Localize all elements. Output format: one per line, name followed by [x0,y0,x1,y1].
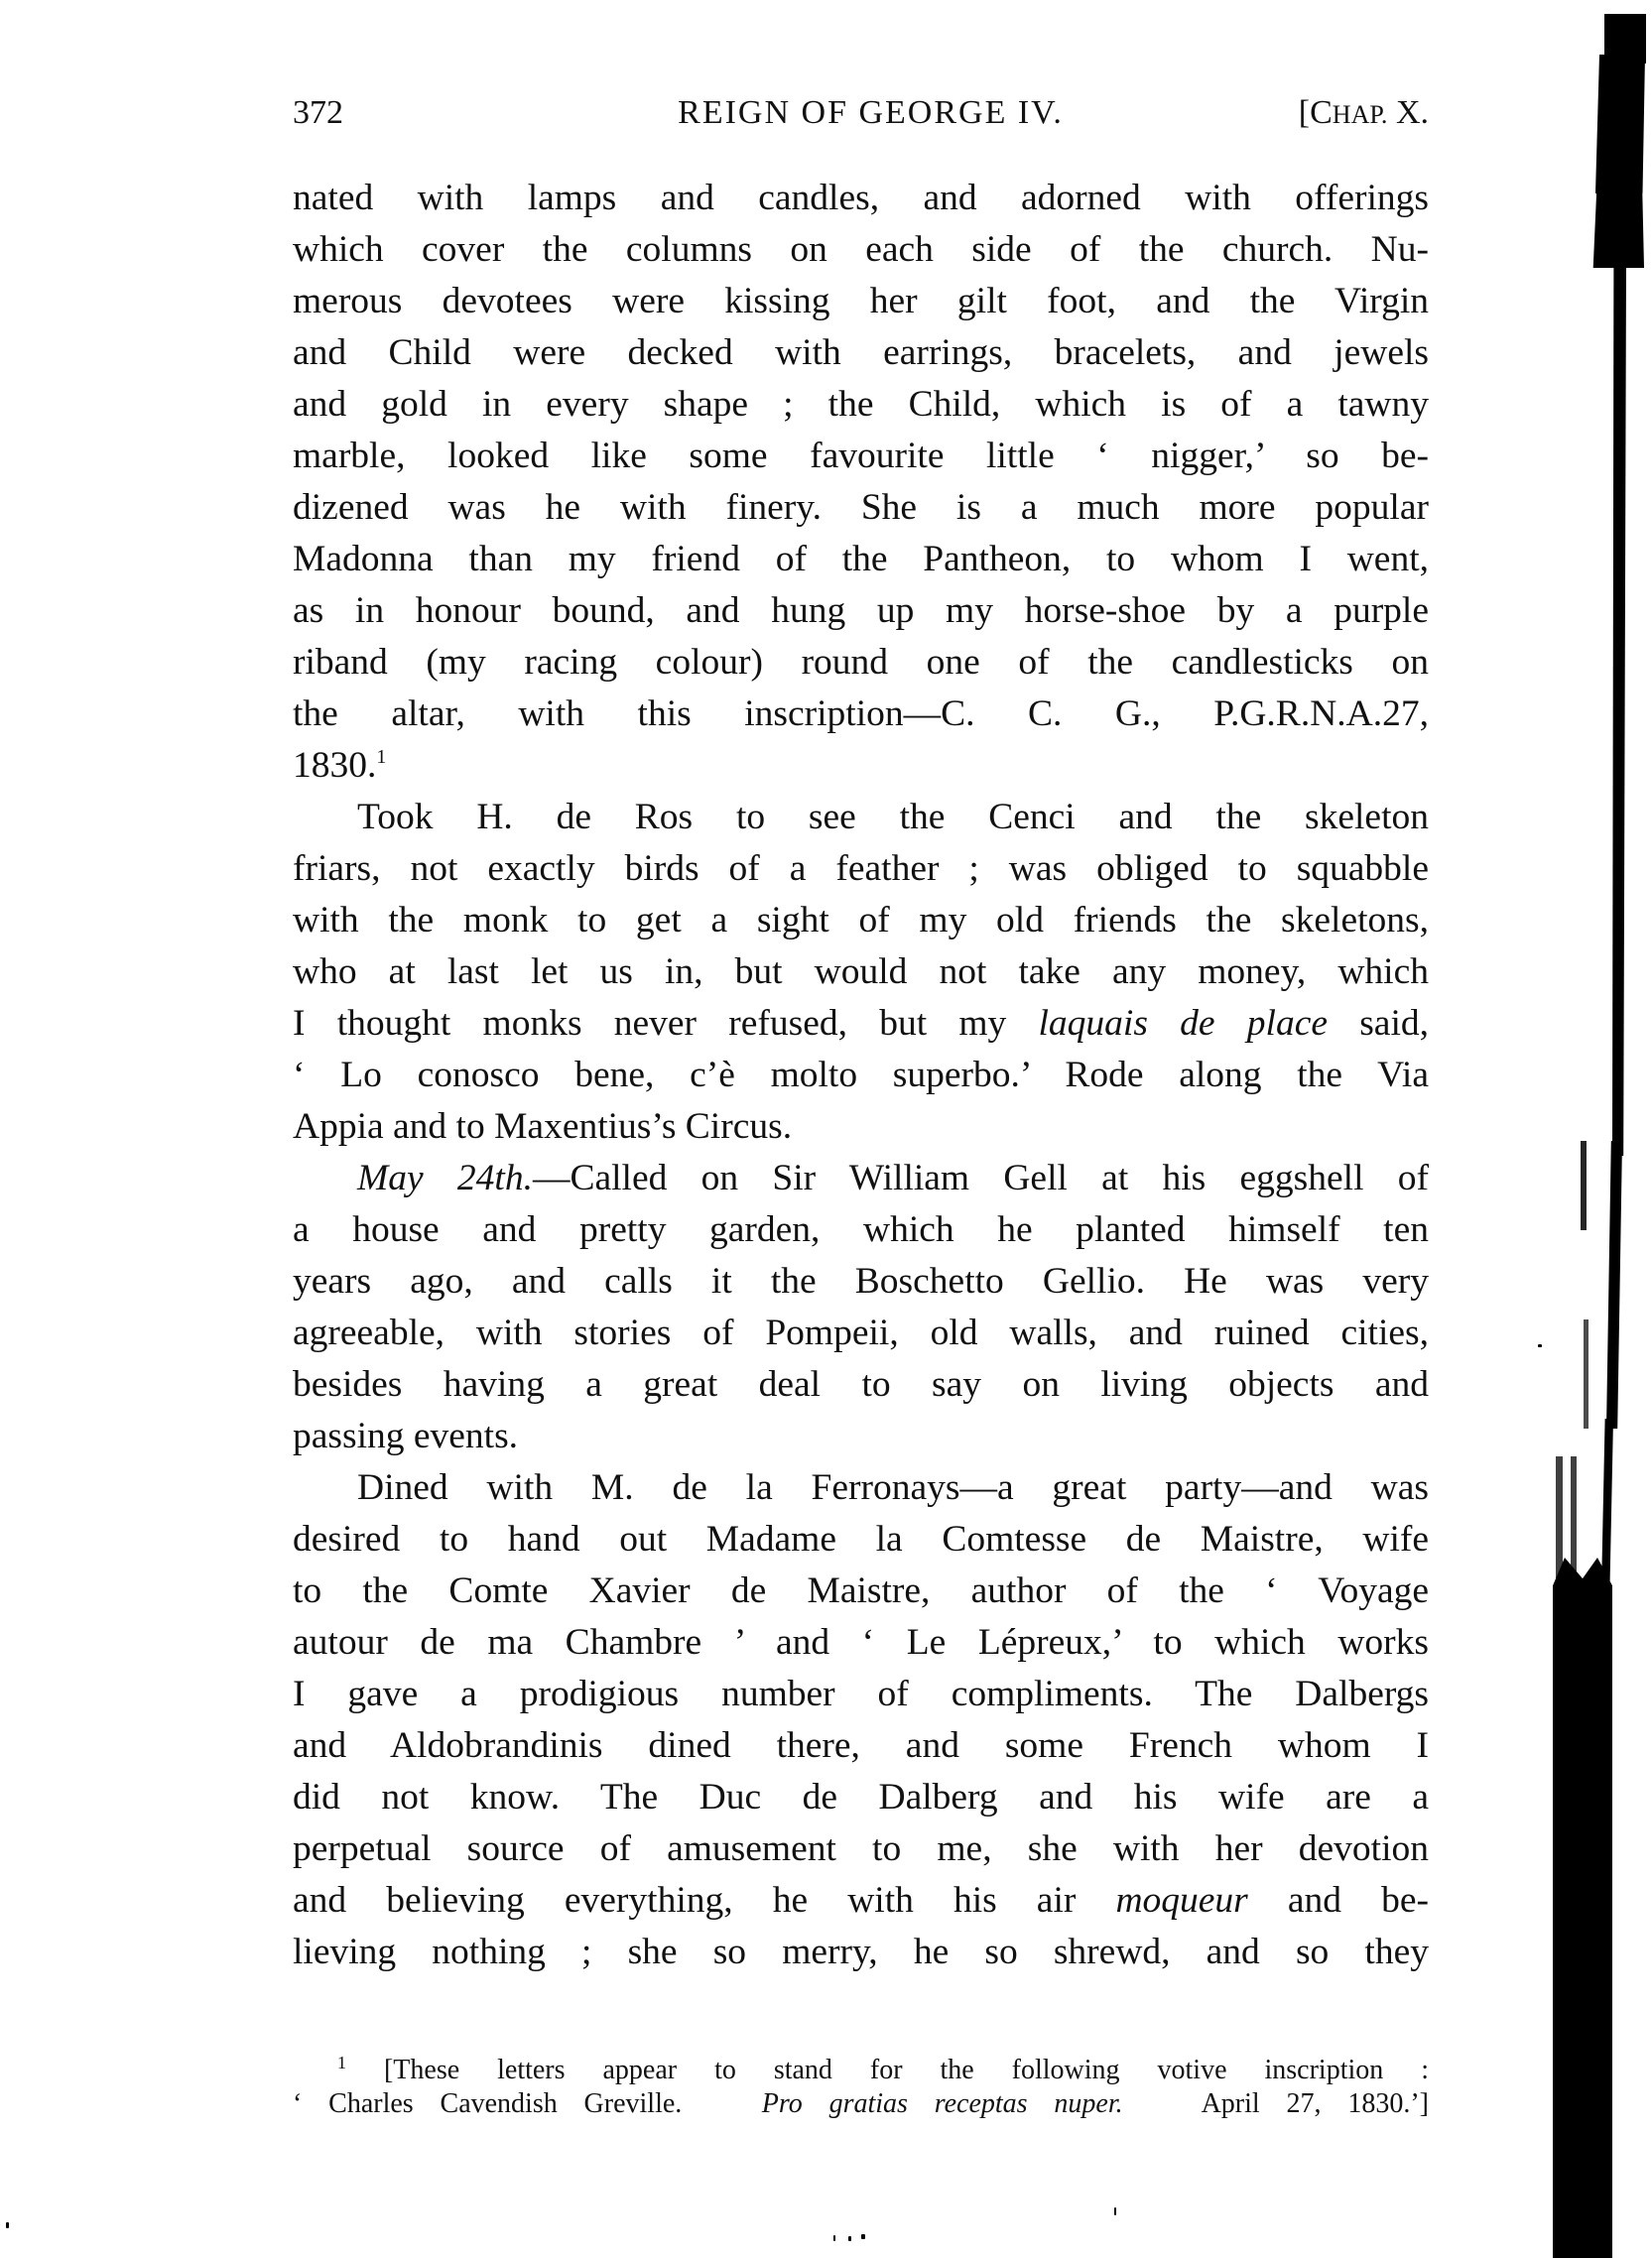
text-line: besides having a great deal to say on li… [293,1359,1429,1411]
text-segment: I thought monks never refused, but my [293,1003,1006,1044]
text-line: Dined with M. de la Ferronays—a great pa… [293,1462,1429,1514]
text-line: friars, not exactly birds of a feather ;… [293,843,1429,895]
text-line: riband (my racing colour) round one of t… [293,637,1429,689]
text-line: May 24th.—Called on Sir William Gell at … [293,1153,1429,1204]
chapter-initial: C [1310,94,1333,131]
text-line: the altar, with this inscription—C. C. G… [293,689,1429,740]
text-line: desired to hand out Madame la Comtesse d… [293,1514,1429,1566]
text-line: Appia and to Maxentius’s Circus. [293,1101,1429,1153]
text-line: with the monk to get a sight of my old f… [293,895,1429,946]
text-segment: [These letters appear to stand for the f… [384,2055,1429,2085]
footnote: 1 [These letters appear to stand for the… [293,2054,1429,2121]
text-segment: said, [1328,1003,1429,1044]
text-line: who at last let us in, but would not tak… [293,946,1429,998]
text-line: and believing everything, he with his ai… [293,1875,1429,1927]
text-segment: —Called on Sir William Gell at his eggsh… [533,1158,1429,1198]
text-line: perpetual source of amusement to me, she… [293,1823,1429,1875]
footnote-line: 1 [These letters appear to stand for the… [293,2054,1429,2087]
text-line: 1830.1 [293,740,1429,792]
text-line: as in honour bound, and hung up my horse… [293,585,1429,637]
text-segment: and believing everything, he with his ai… [293,1880,1076,1921]
chapter-bracket: [ [1299,94,1310,131]
text-segment: and be- [1248,1880,1429,1921]
footnote-marker: 1 [337,2053,346,2072]
footnote-reference[interactable]: 1 [376,746,386,768]
text-line: and Child were decked with earrings, bra… [293,327,1429,379]
paragraph-3: May 24th.—Called on Sir William Gell at … [293,1153,1429,1462]
text-line: years ago, and calls it the Boschetto Ge… [293,1256,1429,1308]
scanned-book-page: 372 REIGN OF GEORGE IV. [CHAP. X. nated … [0,0,1652,2258]
text-line: merous devotees were kissing her gilt fo… [293,276,1429,327]
text-line: which cover the columns on each side of … [293,224,1429,276]
paragraph-2: Took H. de Ros to see the Cenci and the … [293,792,1429,1153]
paragraph-4: Dined with M. de la Ferronays—a great pa… [293,1462,1429,1978]
running-title: REIGN OF GEORGE IV. [293,91,1429,135]
chapter-smallcaps: HAP. [1333,100,1388,129]
text-segment: ‘ Charles Cavendish Greville. [293,2088,682,2119]
text-line: dizened was he with finery. She is a muc… [293,482,1429,534]
text-line: to the Comte Xavier de Maistre, author o… [293,1566,1429,1617]
text-line: Took H. de Ros to see the Cenci and the … [293,792,1429,843]
text-line: I thought monks never refused, but my la… [293,998,1429,1050]
text-line: and gold in every shape ; the Child, whi… [293,379,1429,431]
text-line: a house and pretty garden, which he plan… [293,1204,1429,1256]
chapter-number: X. [1387,94,1429,131]
chapter-label: [CHAP. X. [1299,91,1429,137]
text-line: passing events. [293,1411,1429,1462]
text-line: autour de ma Chambre ’ and ‘ Le Lépreux,… [293,1617,1429,1669]
text-segment: April 27, 1830.’] [1202,2088,1429,2119]
text-line: ‘ Lo conosco bene, c’è molto superbo.’ R… [293,1050,1429,1101]
text-line: nated with lamps and candles, and adorne… [293,173,1429,224]
text-line: marble, looked like some favourite littl… [293,431,1429,482]
entry-date: May 24th. [357,1158,533,1198]
italic-phrase: Pro gratias receptas nuper. [762,2088,1123,2119]
body-text: nated with lamps and candles, and adorne… [293,173,1429,1978]
italic-word: moqueur [1115,1880,1247,1921]
text-segment: 1830. [293,745,376,786]
footnote-line: ‘ Charles Cavendish Greville. Pro gratia… [293,2087,1429,2121]
italic-phrase: laquais de place [1039,1003,1328,1044]
text-line: and Aldobrandinis dined there, and some … [293,1720,1429,1772]
paragraph-1: nated with lamps and candles, and adorne… [293,173,1429,792]
text-line: agreeable, with stories of Pompeii, old … [293,1308,1429,1359]
text-line: Madonna than my friend of the Pantheon, … [293,534,1429,585]
text-line: did not know. The Duc de Dalberg and his… [293,1772,1429,1823]
text-line: lieving nothing ; she so merry, he so sh… [293,1927,1429,1978]
running-head: 372 REIGN OF GEORGE IV. [CHAP. X. [293,91,1429,135]
text-line: I gave a prodigious number of compliment… [293,1669,1429,1720]
